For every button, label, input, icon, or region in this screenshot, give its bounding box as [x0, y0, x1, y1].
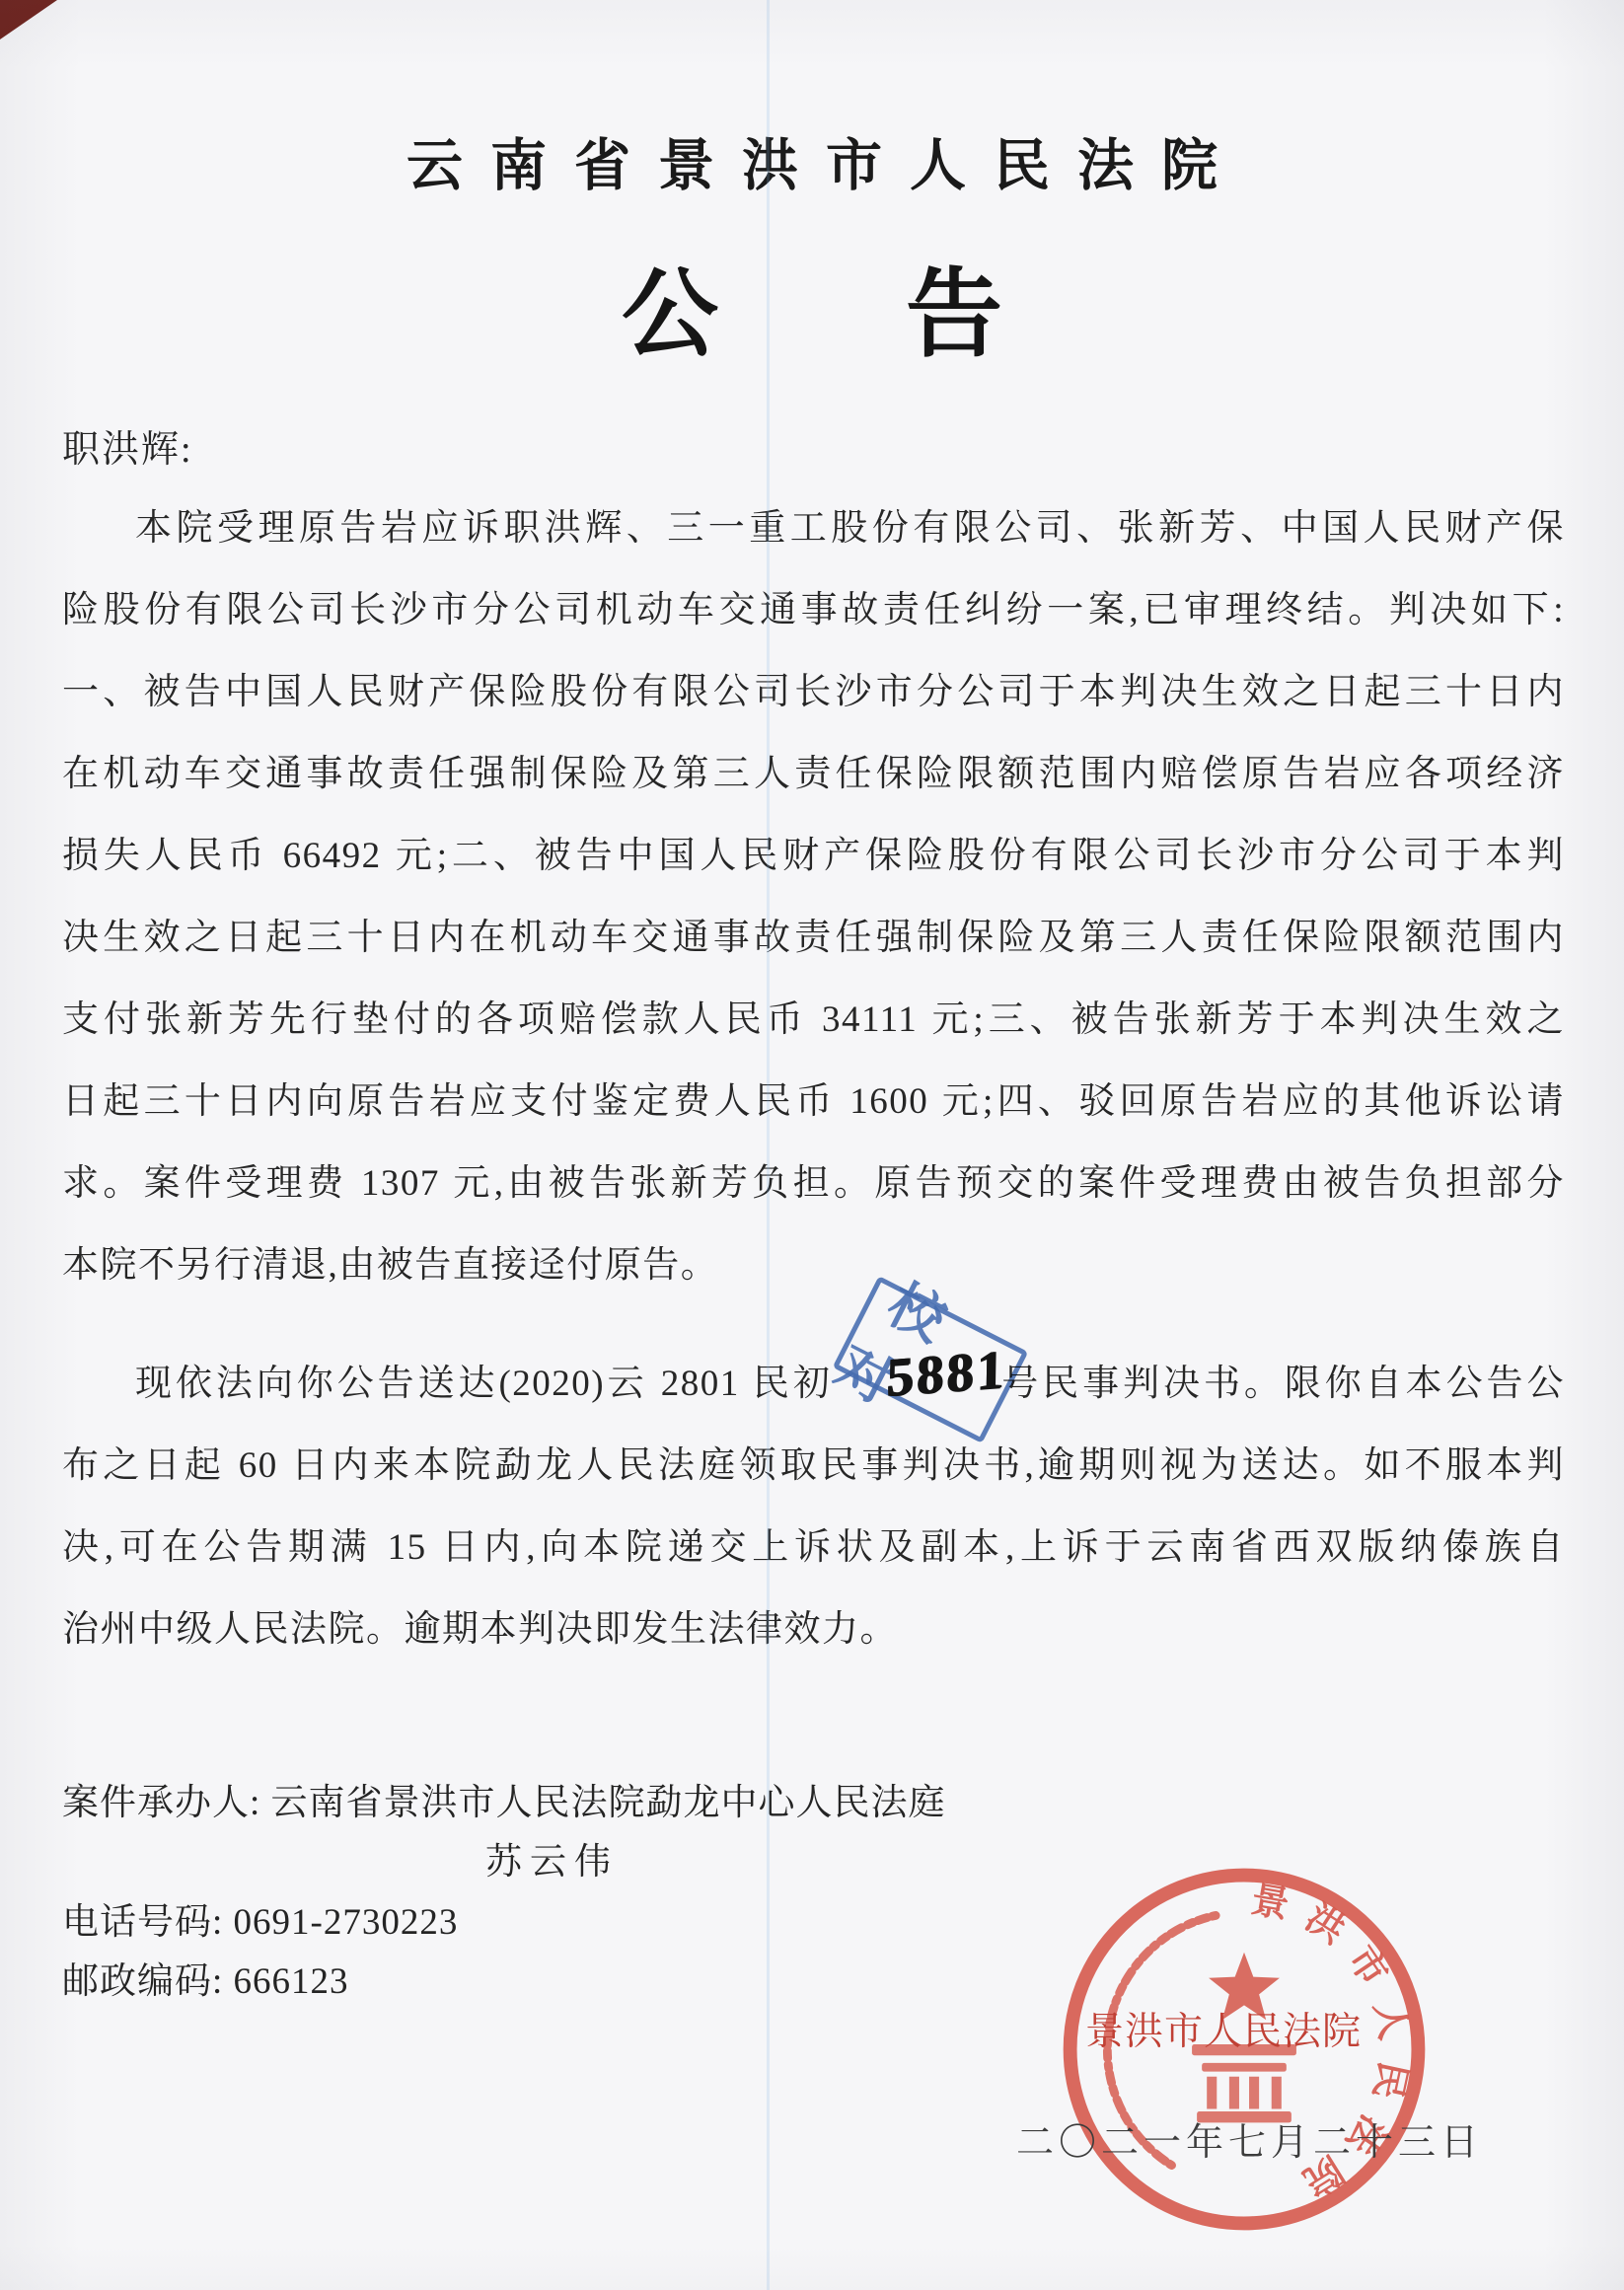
seal-ring-char: 民 [1366, 2057, 1414, 2103]
judgment-paragraph: 本院受理原告岩应诉职洪辉、三一重工股份有限公司、张新芳、中国人民财产保 险股份有… [62, 487, 1565, 1306]
body-line: 在机动车交通事故责任强制保险及第三人责任保险限额范围内赔偿原告岩应各项经济 [62, 733, 1565, 815]
case-number-suffix: 号民事判决书。限你自本公告公 [999, 1364, 1565, 1404]
seal-court-name-text: 景洪市人民法院 [1085, 2001, 1362, 2056]
phone-number-line: 电话号码: 0691-2730223 [62, 1891, 458, 1945]
body-line: 治州中级人民法院。逾期本判决即发生法律效力。 [62, 1588, 1565, 1670]
notice-title-char-1: 公 [622, 237, 718, 376]
case-number-prefix: 现依法向你公告送达(2020)云 2801 民初 [135, 1364, 834, 1404]
service-notice-paragraph: 现依法向你公告送达(2020)云 2801 民初号民事判决书。限你自本公告公 布… [62, 1343, 1565, 1670]
case-handler-name: 苏云伟 [485, 1831, 619, 1884]
body-line: 本院不另行清退,由被告直接迳付原告。 [62, 1224, 1565, 1306]
scan-corner-artifact [0, 0, 57, 39]
notice-title: 公 告 [0, 237, 1624, 376]
postal-code-line: 邮政编码: 666123 [62, 1951, 349, 2004]
body-line: 损失人民币 66492 元;二、被告中国人民财产保险股份有限公司长沙市分公司于本… [62, 815, 1565, 897]
seal-ring-char: 景 [1248, 1880, 1292, 1927]
court-name-title: 云南省景洪市人民法院 [0, 120, 1624, 201]
body-line: 险股份有限公司长沙市分公司机动车交通事故责任纠纷一案,已审理终结。判决如下: [62, 569, 1565, 651]
body-line: 决,可在公告期满 15 日内,向本院递交上诉状及副本,上诉于云南省西双版纳傣族自 [62, 1507, 1565, 1588]
body-line: 求。案件受理费 1307 元,由被告张新芳负担。原告预交的案件受理费由被告负担部… [62, 1143, 1565, 1224]
scanned-court-notice-page: 云南省景洪市人民法院 公 告 职洪辉: 本院受理原告岩应诉职洪辉、三一重工股份有… [0, 0, 1624, 2290]
body-line: 布之日起 60 日内来本院勐龙人民法庭领取民事判决书,逾期则视为送达。如不服本判 [62, 1425, 1565, 1507]
body-line: 一、被告中国人民财产保险股份有限公司长沙市分公司于本判决生效之日起三十日内 [62, 651, 1565, 733]
notice-title-char-2: 告 [906, 237, 1002, 376]
body-line: 决生效之日起三十日内在机动车交通事故责任强制保险及第三人责任保险限额范围内 [62, 897, 1565, 979]
addressee-salutation: 职洪辉: [62, 418, 193, 473]
body-line: 本院受理原告岩应诉职洪辉、三一重工股份有限公司、张新芳、中国人民财产保 [62, 487, 1565, 569]
case-number-line: 现依法向你公告送达(2020)云 2801 民初号民事判决书。限你自本公告公 [62, 1343, 1565, 1425]
body-line: 支付张新芳先行垫付的各项赔偿款人民币 34111 元;三、被告张新芳于本判决生效… [62, 979, 1565, 1061]
case-handler-line: 案件承办人: 云南省景洪市人民法院勐龙中心人民法庭 [62, 1772, 946, 1825]
notice-date: 二〇二一年七月二十三日 [1016, 2111, 1483, 2166]
seal-ring-char: 人 [1366, 1999, 1414, 2043]
scanner-streak-line [767, 0, 770, 2290]
body-line: 日起三十日内向原告岩应支付鉴定费人民币 1600 元;四、驳回原告岩应的其他诉讼… [62, 1061, 1565, 1143]
handwritten-case-number: 5881 [886, 1338, 1007, 1409]
